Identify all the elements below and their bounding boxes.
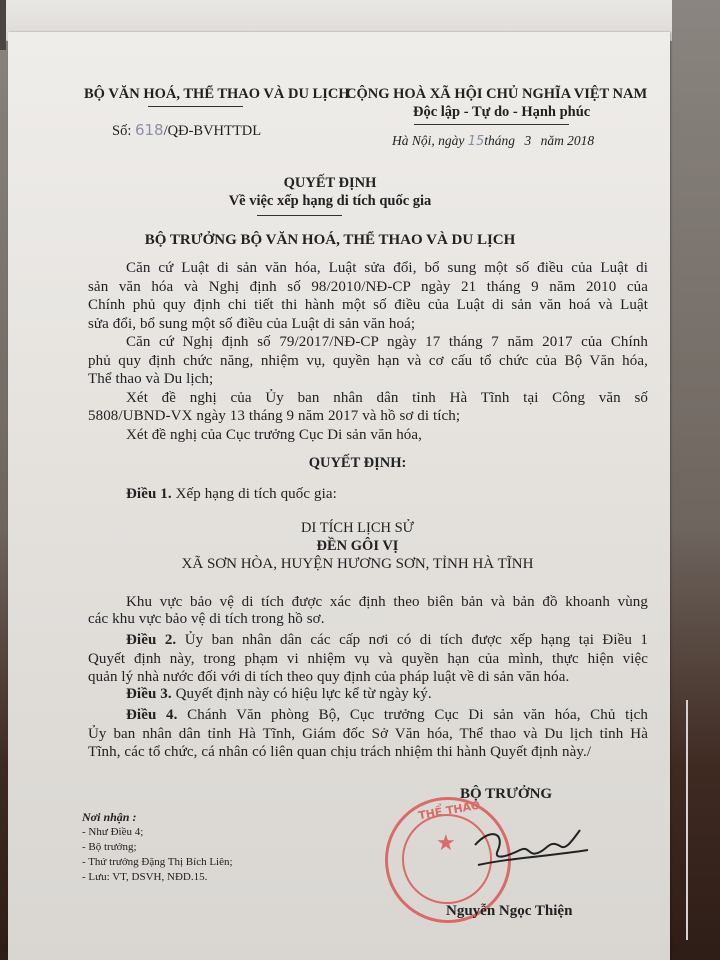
recipient-item: - Như Điều 4; — [82, 825, 233, 840]
relic-name: ĐỀN GÔI VỊ — [0, 538, 715, 555]
preamble: Căn cứ Luật di sản văn hóa, Luật sửa đổi… — [88, 259, 648, 444]
star-icon: ★ — [436, 830, 456, 856]
decision-heading: QUYẾT ĐỊNH: — [0, 455, 715, 472]
recipient-list: - Như Điều 4; - Bộ trưởng; - Thứ trưởng … — [82, 825, 233, 885]
article-1-text: Xếp hạng di tích quốc gia: — [176, 486, 337, 502]
preamble-line: Chính phủ quy định chi tiết thi hành một… — [88, 296, 648, 315]
signature-scribble — [470, 820, 600, 880]
relic-type: DI TÍCH LỊCH SỬ — [0, 520, 715, 537]
day-handwritten: 15 — [468, 134, 485, 149]
country-name: CỘNG HOÀ XÃ HỘI CHỦ NGHĨA VIỆT NAM — [346, 86, 647, 103]
motto-underline — [414, 124, 569, 125]
line: Khu vực bảo vệ di tích được xác định the… — [88, 594, 648, 611]
preamble-line: 5808/UBND-VX ngày 13 tháng 9 năm 2017 và… — [88, 407, 648, 426]
year-label: năm 2018 — [541, 133, 595, 148]
line: các khu vực bảo vệ di tích trong hồ sơ. — [88, 611, 648, 628]
number-handwritten: 618 — [135, 121, 164, 139]
line: Ủy ban nhân dân các cấp nơi có di tích đ… — [185, 632, 648, 648]
line: Ủy ban nhân dân tỉnh Hà Tĩnh, Giám đốc S… — [88, 725, 648, 744]
preamble-line: Xét đề nghị của Ủy ban nhân dân tỉnh Hà … — [88, 389, 648, 408]
article-3: Điều 3. Quyết định này có hiệu lực kể từ… — [126, 686, 432, 703]
date-prefix: Hà Nội, ngày — [392, 133, 464, 148]
background-edge — [0, 0, 6, 50]
preamble-line: sửa đổi, bổ sung một số điều của Luật di… — [88, 315, 648, 334]
preamble-line: Xét đề nghị của Cục trưởng Cục Di sản vă… — [88, 426, 648, 445]
recipients: Nơi nhận : - Như Điều 4; - Bộ trưởng; - … — [82, 810, 233, 885]
article-3-label: Điều 3. — [126, 686, 172, 702]
preamble-line: phủ quy định chức năng, nhiệm vụ, quyền … — [88, 352, 648, 371]
issuer-heading: BỘ TRƯỞNG BỘ VĂN HOÁ, THỂ THAO VÀ DU LỊC… — [0, 232, 660, 249]
article-1-label: Điều 1. — [126, 486, 172, 502]
article-2: Điều 2. Ủy ban nhân dân các cấp nơi có d… — [88, 631, 648, 687]
line: Quyết định này, trong phạm vi nhiệm vụ v… — [88, 650, 648, 669]
article-1-paragraph: Khu vực bảo vệ di tích được xác định the… — [88, 594, 648, 628]
recipient-item: - Thứ trưởng Đặng Thị Bích Liên; — [82, 855, 233, 870]
signer-name: Nguyễn Ngọc Thiện — [446, 903, 572, 920]
article-3-text: Quyết định này có hiệu lực kể từ ngày ký… — [176, 686, 432, 702]
preamble-line: Thể thao và Du lịch; — [88, 370, 648, 389]
preamble-line: Căn cứ Nghị định số 79/2017/NĐ-CP ngày 1… — [88, 333, 648, 352]
line: quản lý nhà nước đối với di tích theo qu… — [88, 668, 648, 687]
relic-location: XÃ SƠN HÒA, HUYỆN HƯƠNG SƠN, TỈNH HÀ TĨN… — [0, 556, 715, 573]
doc-subject: Về việc xếp hạng di tích quốc gia — [0, 193, 660, 210]
subject-underline — [257, 215, 342, 216]
motto: Độc lập - Tự do - Hạnh phúc — [413, 104, 590, 121]
agency-name: BỘ VĂN HOÁ, THỂ THAO VÀ DU LỊCH — [84, 86, 350, 103]
place-date: Hà Nội, ngày 15tháng 3 năm 2018 — [392, 133, 594, 149]
article-4-label: Điều 4. — [126, 707, 177, 723]
recipient-item: - Bộ trưởng; — [82, 840, 233, 855]
month-value: 3 — [524, 133, 531, 148]
line: Tĩnh, các tổ chức, cá nhân có liên quan … — [88, 743, 648, 762]
preamble-line: Căn cứ Luật di sản văn hóa, Luật sửa đổi… — [88, 259, 648, 278]
number-label: Số: — [112, 123, 131, 139]
article-1: Điều 1. Xếp hạng di tích quốc gia: — [126, 486, 337, 503]
preamble-line: sản văn hóa và Nghị định số 98/2010/NĐ-C… — [88, 278, 648, 297]
document-number: Số: 618/QĐ-BVHTTDL — [112, 121, 261, 140]
month-label: tháng — [484, 133, 515, 148]
number-suffix: /QĐ-BVHTTDL — [164, 123, 261, 139]
recipient-item: - Lưu: VT, DSVH, NĐD.15. — [82, 870, 233, 885]
article-2-label: Điều 2. — [126, 632, 176, 648]
doc-type-title: QUYẾT ĐỊNH — [0, 175, 660, 192]
page-edge — [686, 700, 688, 940]
line: Chánh Văn phòng Bộ, Cục trưởng Cục Di sả… — [187, 707, 648, 723]
recipients-heading: Nơi nhận : — [82, 810, 233, 825]
agency-underline — [148, 106, 243, 107]
article-4: Điều 4. Chánh Văn phòng Bộ, Cục trưởng C… — [88, 706, 648, 762]
